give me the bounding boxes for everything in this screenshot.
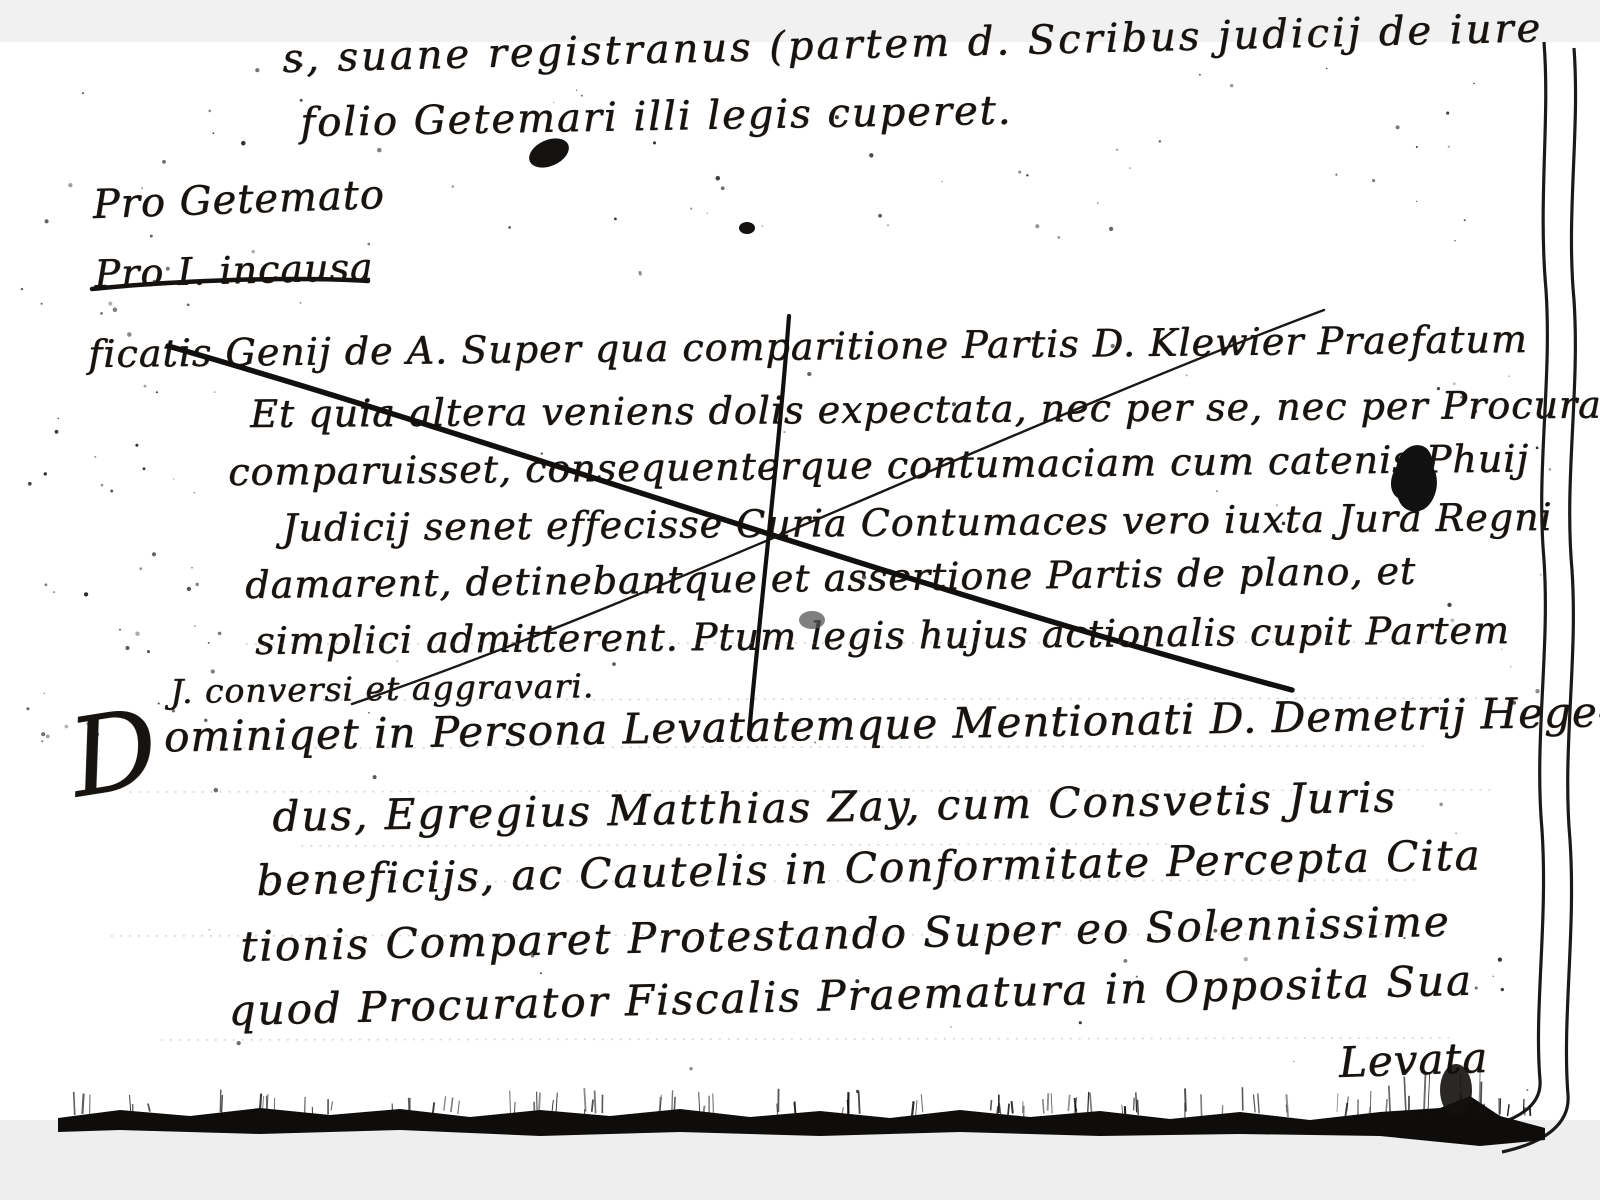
- manuscript-line: Et quia altera veniens dolis expectata, …: [250, 383, 1600, 436]
- catchword: Levata: [1338, 1033, 1489, 1087]
- margin-note-struck: Pro I. incausa: [94, 245, 374, 296]
- illuminated-initial: D: [65, 705, 165, 804]
- scanner-background: [0, 1120, 1600, 1200]
